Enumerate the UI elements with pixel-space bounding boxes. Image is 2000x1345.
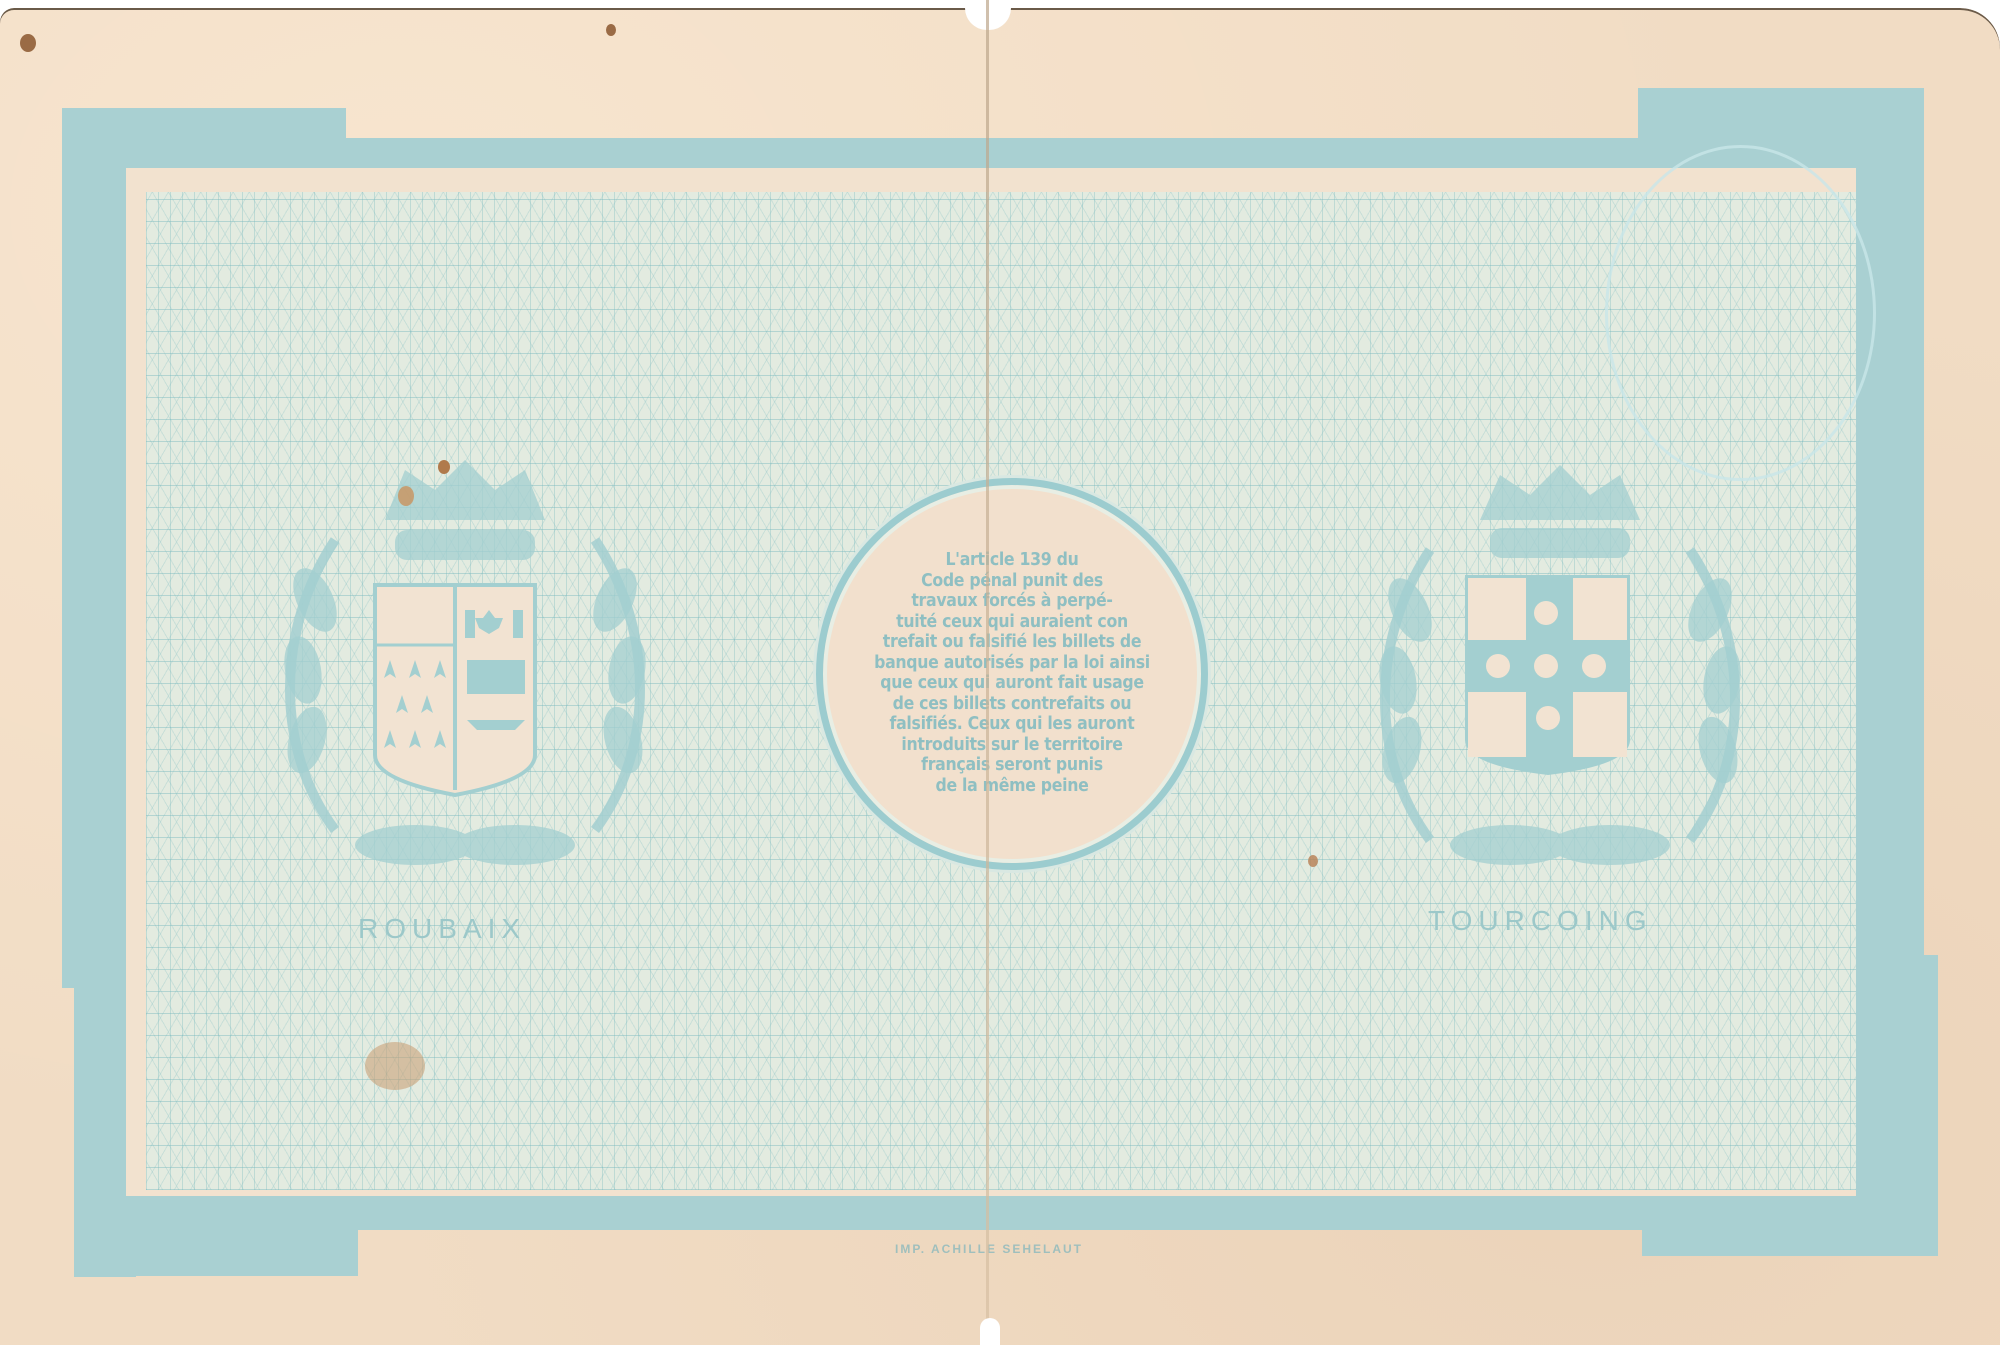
printer-imprint: IMP. ACHILLE SEHELAUT xyxy=(895,1242,1083,1256)
embossed-seal-icon xyxy=(1605,145,1876,481)
legal-notice-medallion: L'article 139 du Code pénal punit des tr… xyxy=(816,478,1208,870)
frame-left-band xyxy=(62,108,126,988)
stain-spot xyxy=(365,1042,425,1090)
frame-corner-bottom-right xyxy=(1642,1196,1938,1256)
stain-spot xyxy=(398,486,414,506)
center-fold-line xyxy=(986,0,989,1345)
coat-of-arms-tourcoing-icon xyxy=(1350,460,1770,890)
legal-notice-text: L'article 139 du Code pénal punit des tr… xyxy=(863,550,1161,796)
frame-corner-bottom-left xyxy=(74,1196,358,1276)
bottom-fold-tear xyxy=(980,1318,1000,1345)
coat-of-arms-roubaix-icon xyxy=(255,450,675,890)
town-label-tourcoing: TOURCOING xyxy=(1428,905,1653,937)
town-label-roubaix: ROUBAIX xyxy=(358,913,526,945)
stain-spot xyxy=(606,24,616,36)
stain-spot xyxy=(20,34,36,52)
stain-spot xyxy=(438,460,450,474)
stain-spot xyxy=(1308,855,1318,867)
